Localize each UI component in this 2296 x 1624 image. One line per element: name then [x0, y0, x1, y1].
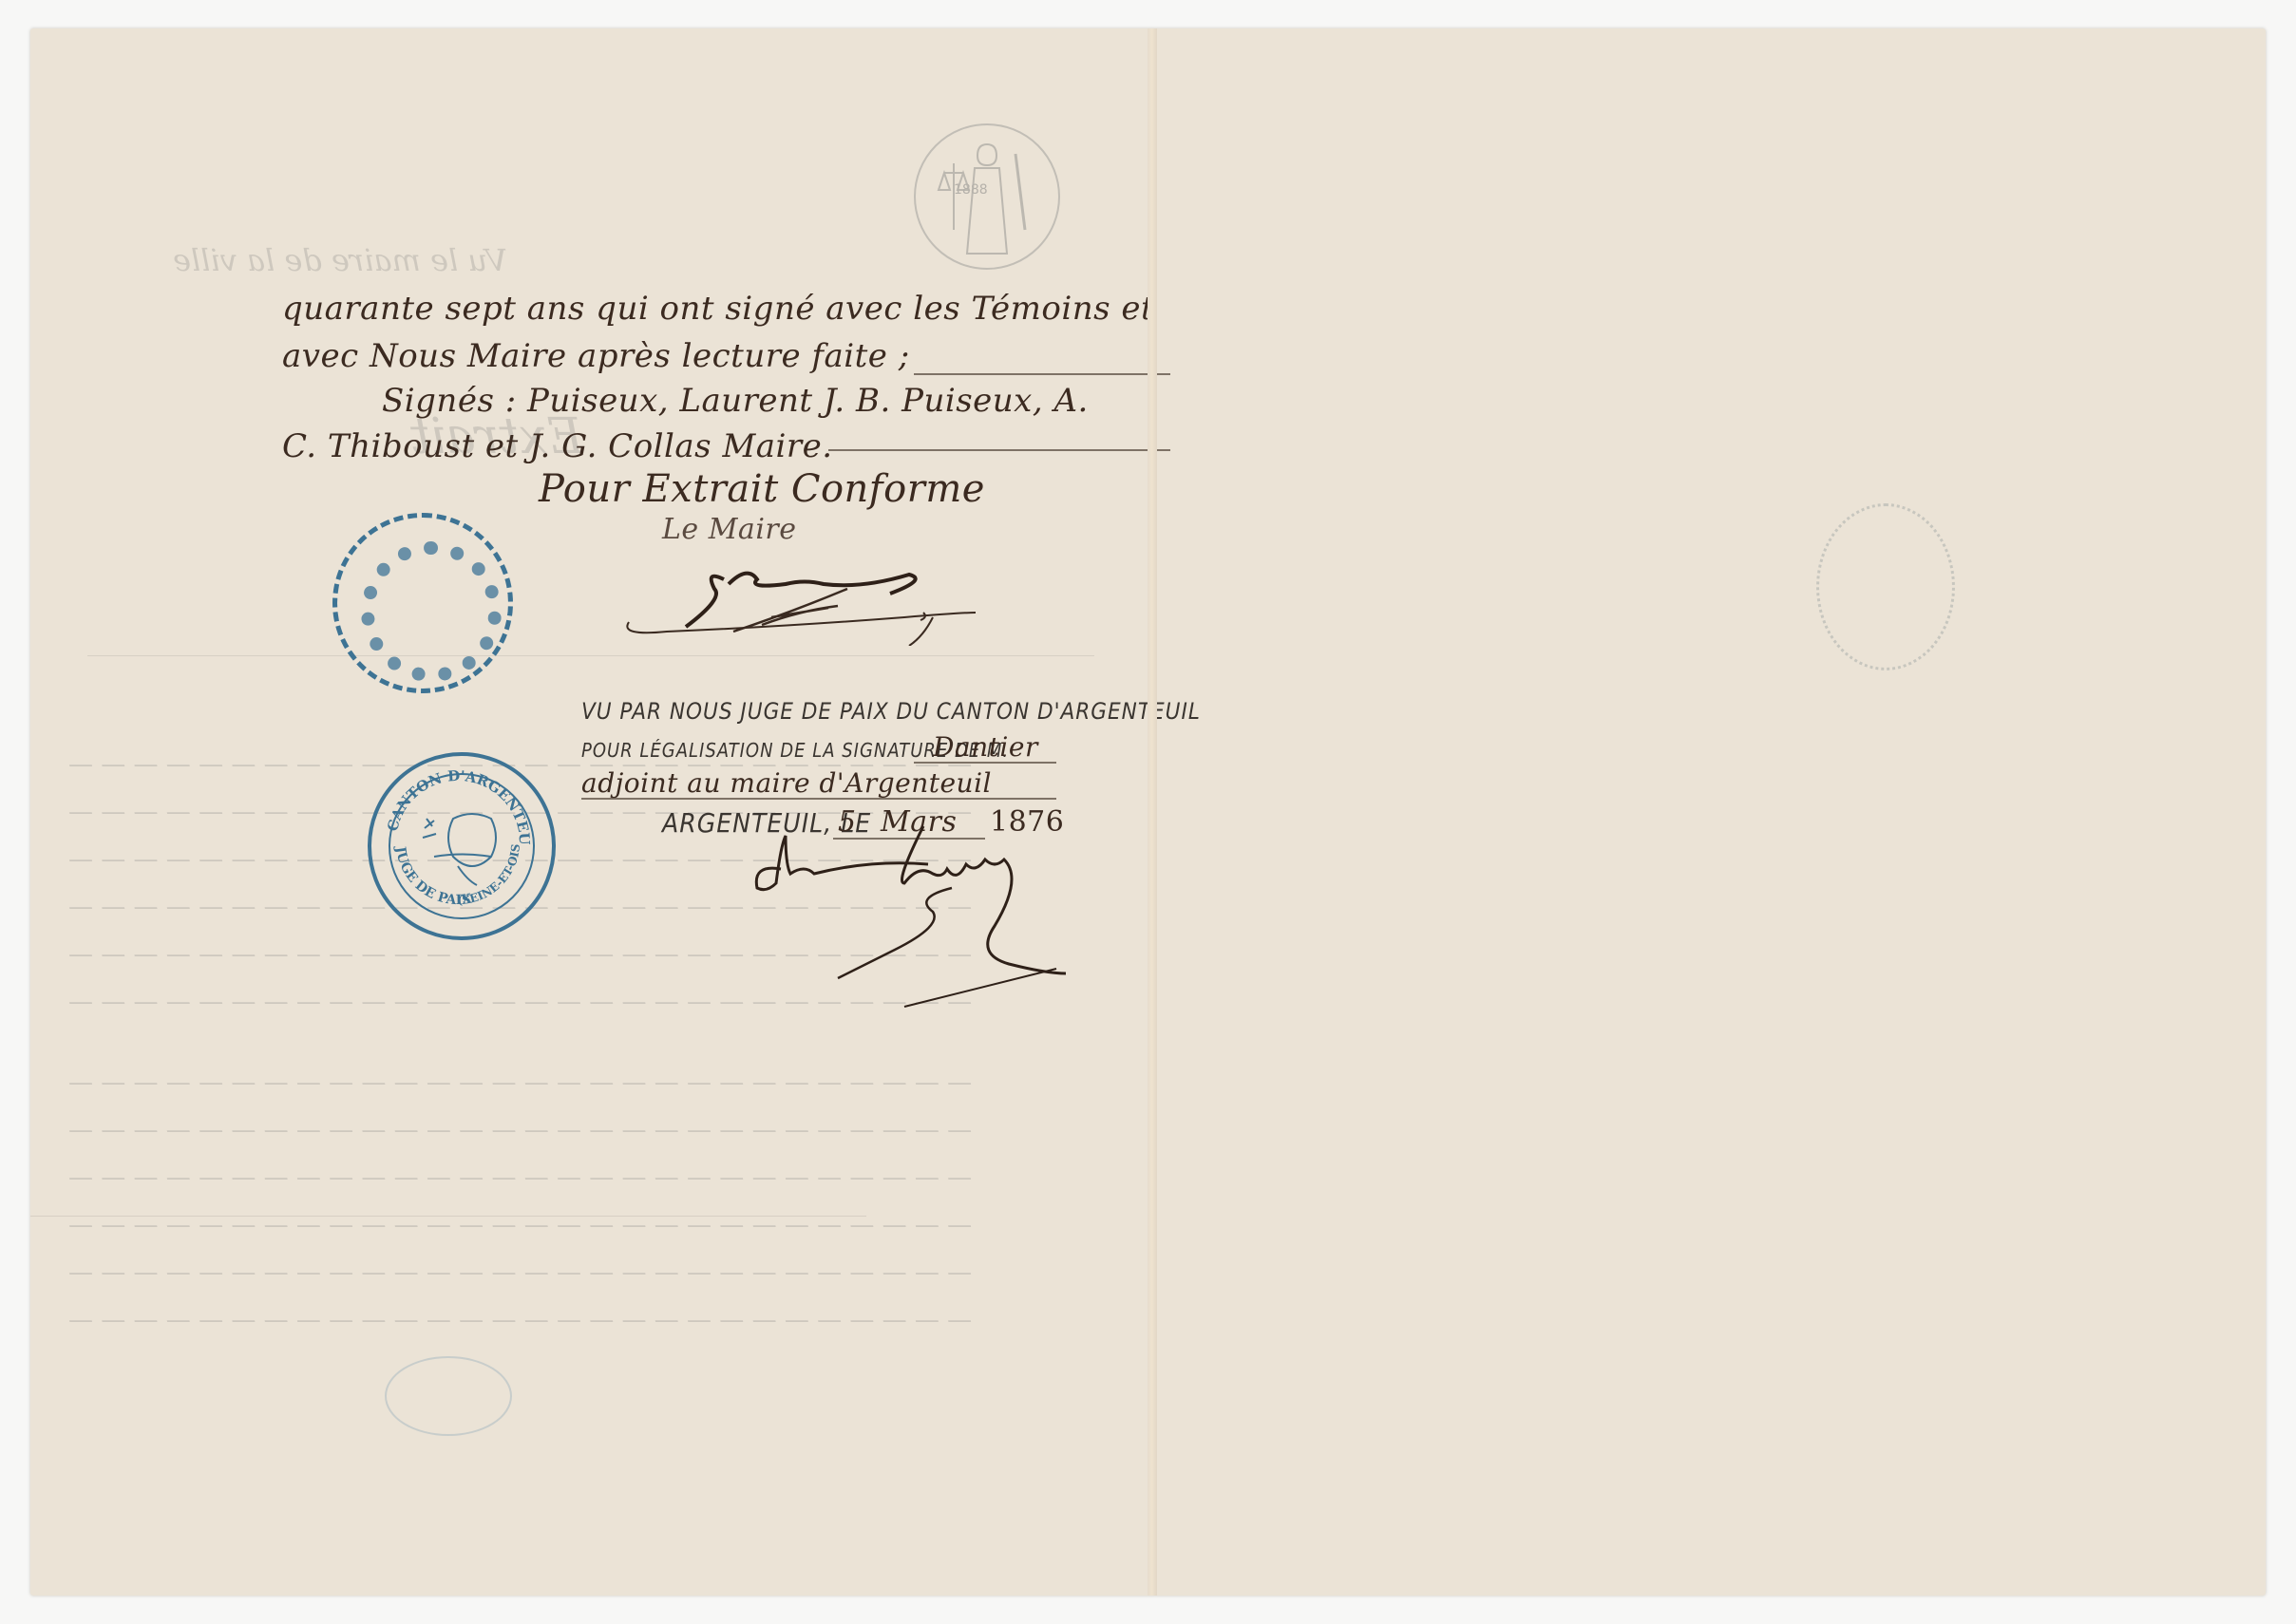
svg-text:DU CANTON D'ARGENTEUIL: DU CANTON D'ARGENTEUIL — [368, 752, 533, 845]
legalisation-line-3: adjoint au maire d'Argenteuil — [581, 767, 992, 799]
mairie-stamp: Mairie stamp (blue, circular) — [332, 513, 513, 693]
name-underline — [914, 762, 1056, 764]
handwritten-line-2: avec Nous Maire après lecture faite ; — [282, 337, 910, 375]
document-sheet: Vu le maire de la ville Extrait — — — — … — [30, 28, 2266, 1596]
justice-emblem-icon — [423, 814, 496, 885]
handwritten-line-1: quarante sept ans qui ont signé avec les… — [282, 290, 1154, 328]
bleed-through-rule — [30, 1216, 866, 1217]
mairie-stamp-wreath — [361, 541, 502, 682]
page-fold — [1148, 28, 1157, 1596]
legalisation-line-1: VU PAR NOUS JUGE DE PAIX DU CANTON D'ARG… — [581, 698, 1201, 725]
legalisation-name: Dantier — [933, 731, 1038, 763]
bleed-through-line: — — — — — — — — — — — — — — — — — — — — … — [68, 1116, 972, 1144]
bleed-through-line: — — — — — — — — — — — — — — — — — — — — … — [68, 1258, 972, 1287]
bleed-through-line: — — — — — — — — — — — — — — — — — — — — … — [68, 1306, 972, 1334]
handwritten-line-3: Signés : Puiseux, Laurent J. B. Puiseux,… — [382, 382, 1089, 420]
line-filler-rule — [914, 373, 1170, 375]
bleed-through-rule — [87, 655, 1094, 656]
certification-title: Pour Extrait Conforme — [539, 467, 985, 511]
line-filler-rule — [828, 449, 1170, 451]
juge-signature — [733, 817, 1075, 1016]
juge-de-paix-stamp: DU CANTON D'ARGENTEUIL JUGE DE PAIX (SEI… — [368, 752, 556, 940]
bleed-through-line: — — — — — — — — — — — — — — — — — — — — … — [68, 1163, 972, 1192]
line-3-underline — [581, 798, 1056, 800]
bleed-through-header: Vu le maire de la ville — [173, 242, 507, 278]
right-page-bleed-stamp: Faint bleed-through stamp — [1816, 503, 1955, 670]
handwritten-line-4: C. Thiboust et J. G. Collas Maire. — [282, 427, 833, 465]
archive-stamp: Archive stamp (faint oval) — [385, 1356, 512, 1436]
juge-stamp-text-ring: DU CANTON D'ARGENTEUIL JUGE DE PAIX (SEI… — [368, 752, 548, 933]
embossed-stamp-year: 1888 — [954, 182, 988, 198]
mayor-signature — [619, 541, 980, 646]
embossed-fiscal-stamp: 1888 — [914, 123, 1060, 270]
bleed-through-line: — — — — — — — — — — — — — — — — — — — — … — [68, 1068, 972, 1097]
